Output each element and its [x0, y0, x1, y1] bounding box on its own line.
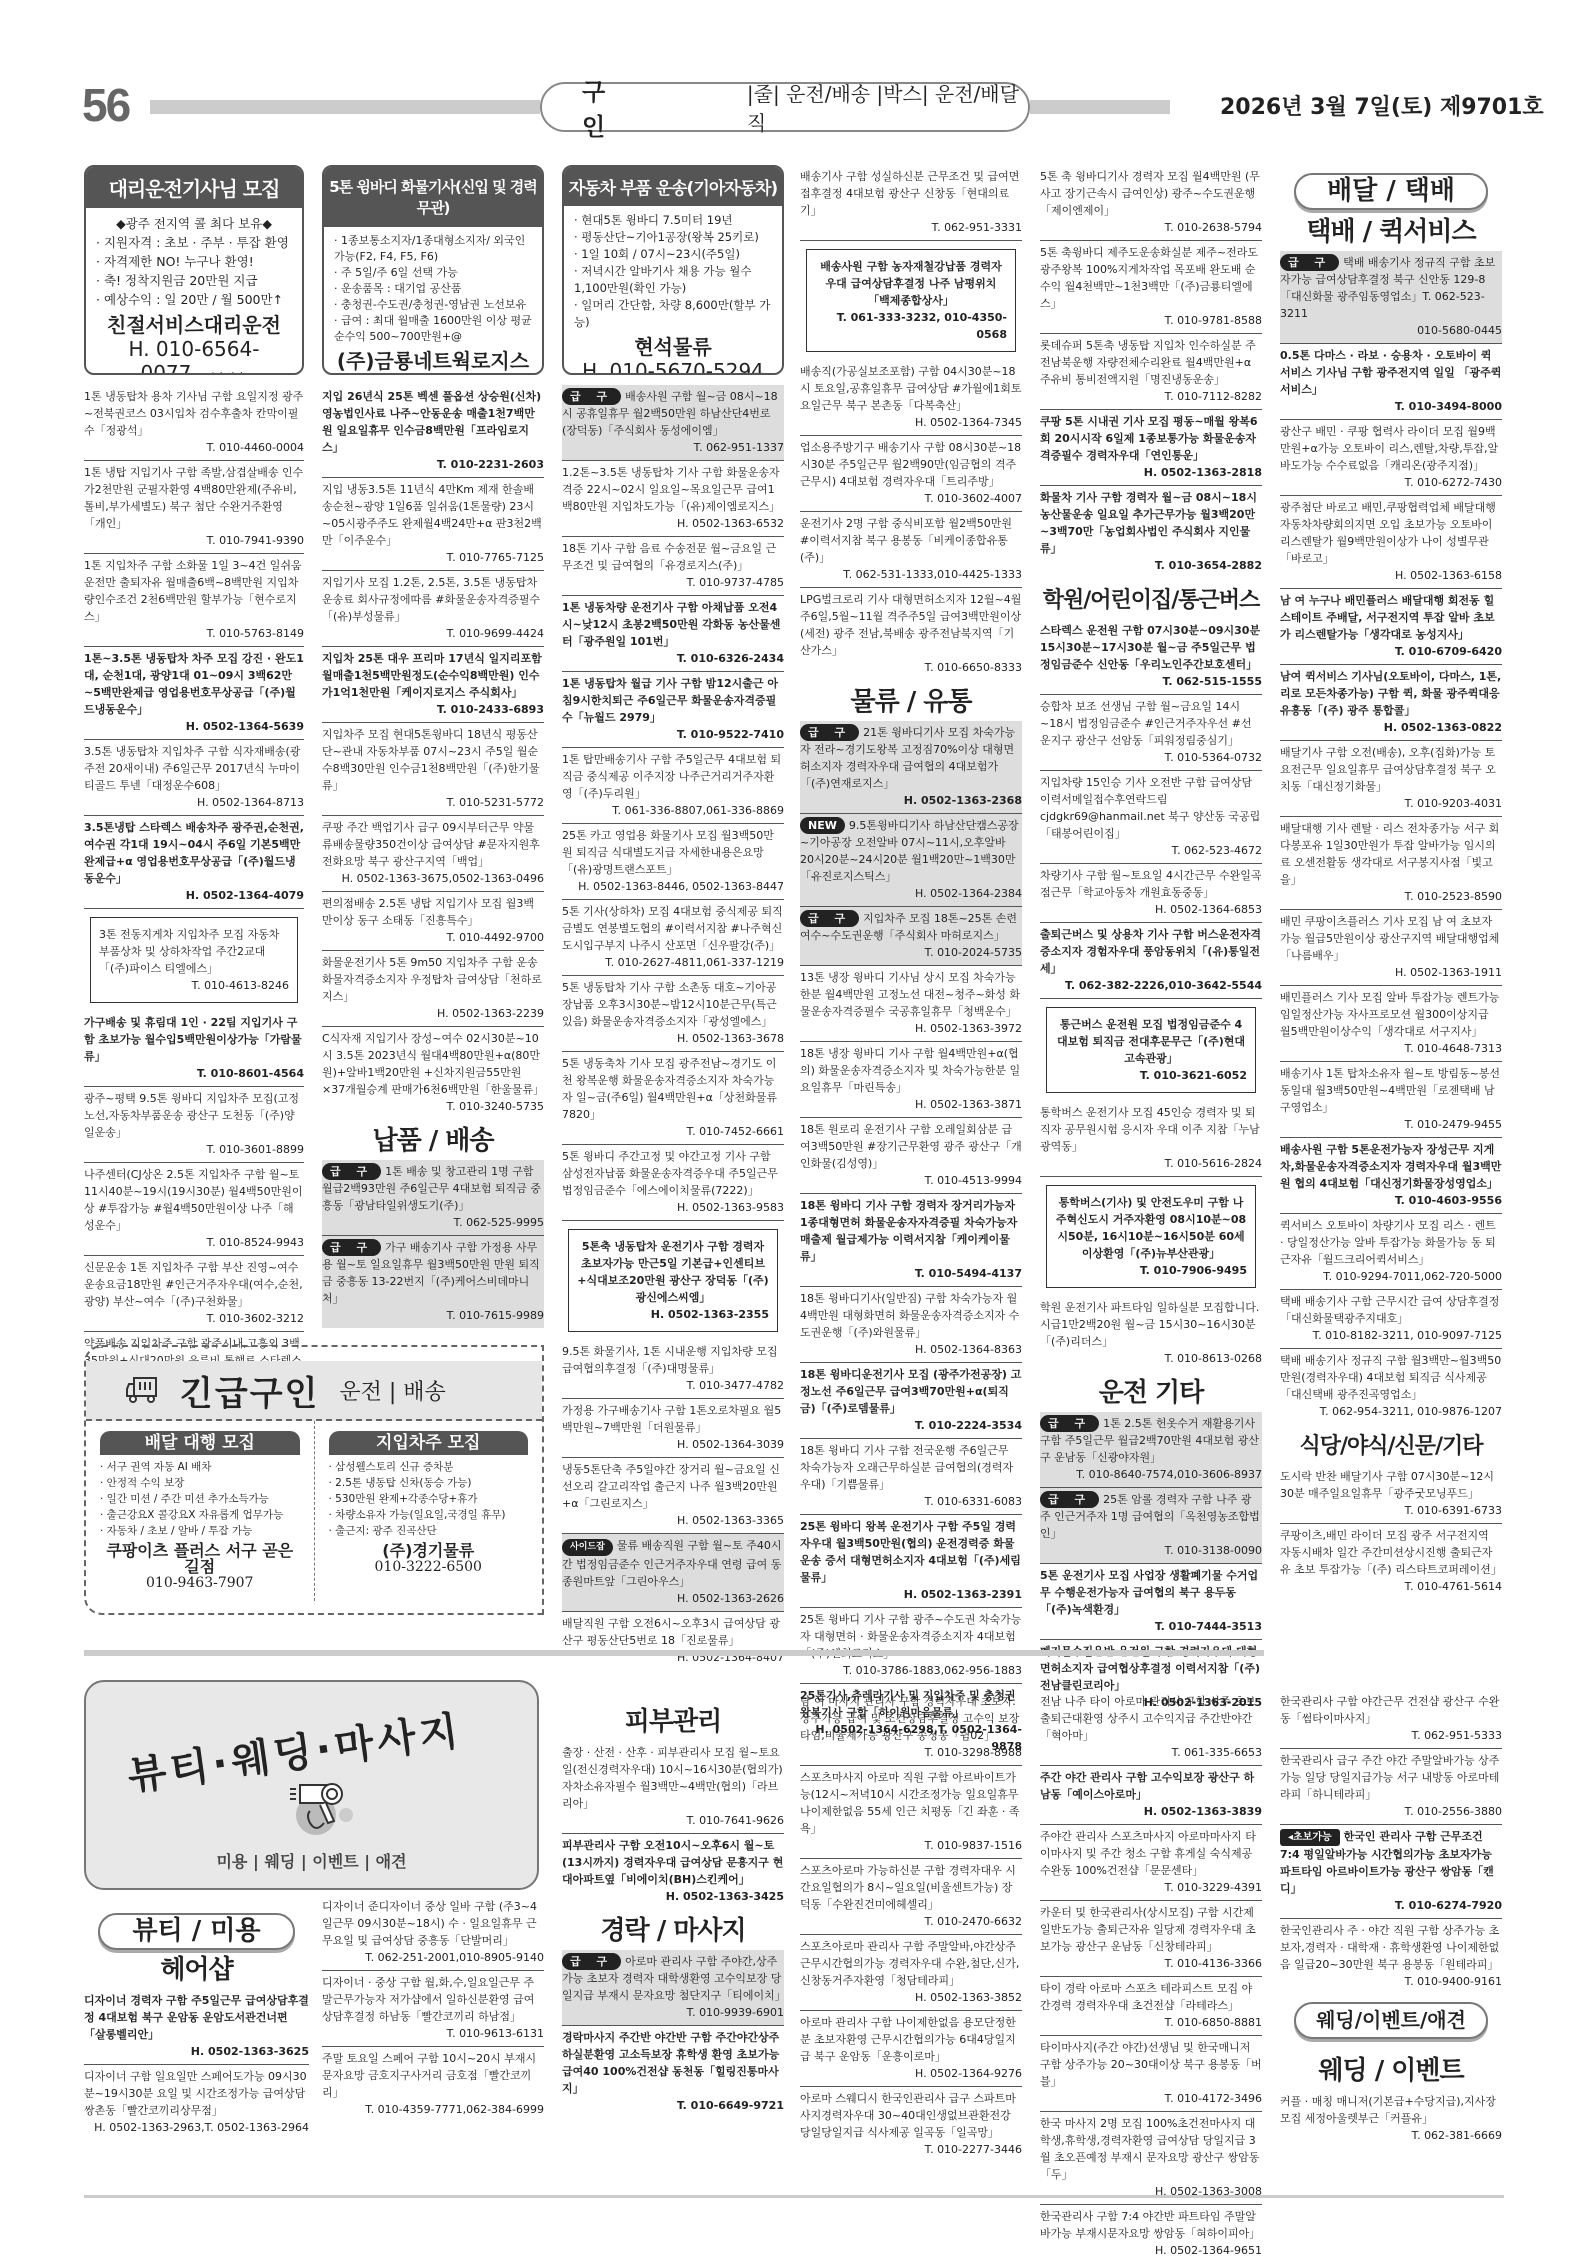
section-heading: 운전 기타 [1040, 1371, 1262, 1412]
ad-line: · 1일 10회 / 07시~23시(주5일) [574, 246, 772, 263]
classified-ad: 피부관리사 구함 오전10시~오후6시 월~토(13시까지) 경력자우대 급여상… [562, 1834, 784, 1909]
massage-column-3: 한국관리사 구함 야간근무 건전샵 광산구 수완동「썸타이마사지」T. 062-… [1280, 1690, 1502, 2148]
ad-title: 5톤 윙바디 화물기사(신입 및 경력 무관) [324, 167, 542, 227]
classified-ad: 디자이너 경력자 구함 주5일근무 급여상담후결정 4대보험 북구 운암동 운암… [84, 1989, 309, 2065]
column-1: 1톤 냉동탑차 용차 기사님 구함 요일지정 광주~전북권코스 03시입차 검수… [84, 385, 304, 1407]
classified-ad: 주야간 관리사 스포츠마사지 아로마마사지 타이마사지 및 주간 청소 구함 휴… [1040, 1825, 1262, 1901]
classified-ad: 남여 퀵서비스 기사님(오토바이, 다마스, 1톤, 리로 모든차종가능) 구함… [1280, 665, 1502, 741]
classified-ad: 도시락 반찬 배달기사 구함 07시30분~12시30분 매주일요일휴무「광주굿… [1280, 1465, 1502, 1524]
classified-ad: 25톤 카고 영업용 화물기사 모집 월3백50만원 퇴직금 식대별도지급 자세… [562, 824, 784, 900]
classified-ad: 1.2톤~3.5톤 냉동탑차 기사 구함 화물운송자격증 22시~02시 일요일… [562, 461, 784, 537]
classified-ad: 배민플러스 기사 모집 알바 투잡가능 렌트가능 임일정산가능 자사프로모션 월… [1280, 986, 1502, 1062]
classified-ad: 18톤 냉장 윙바디 기사 구함 월4백만원+α(협의) 화물운송자격증소지자 … [800, 1042, 1022, 1118]
classified-ad: 1톤 냉탑 지입기사 구함 족발,삼겹살배송 인수가2천만원 군필자환영 4백8… [84, 461, 304, 554]
urgent-ad: 급 구가구 배송기사 구함 가정용 사무용 월~토 일요일휴무 월3백50만원 … [322, 1236, 544, 1328]
ad-phone: H. 010-6564-0077 [129, 337, 260, 375]
classified-ad: 쿠팡 주간 백업기사 급구 09시부터근무 약물류배송물량350건이상 급여상담… [322, 816, 544, 892]
classified-ad: 1톤 냉동탑차 용차 기사님 구함 요일지정 광주~전북권코스 03시입차 검수… [84, 385, 304, 461]
classified-ad: 1톤 탑만배송기사 구함 주5일근무 4대보험 퇴직금 중식제공 이주지장 나주… [562, 748, 784, 824]
urgent-title: 긴급구인 [180, 1366, 319, 1415]
classified-ad: 차량기사 구함 월~토요일 4시간근무 수완일곡 점근무「학교아동차 개원효동중… [1040, 864, 1262, 923]
column-2: 지입 26년식 25톤 벡센 풀옵션 상승원(신차) 영농법인사료 나주~안동운… [322, 385, 544, 1328]
classified-ad: 타이 경락 아로마 스포츠 테라피스트 모집 야간경력 경력자우대 초건전샵「라… [1040, 1977, 1262, 2036]
section-divider [84, 1650, 1264, 1656]
urgent-left-phone: 010-9463-7907 [100, 1575, 300, 1591]
classified-ad: 25톤 윙바디 왕복 운전기사 구함 주5일 경력자우대 월3백50만원(협의)… [800, 1515, 1022, 1608]
header-rule-left [150, 100, 540, 114]
classified-ad: 18톤 윙바디 기사 구함 경력자 장거리가능자 1종대형면허 화물운송자자격증… [800, 1194, 1022, 1287]
classified-ad: 광산구 배민 · 쿠팡 협력사 라이더 모집 월9백만원+α가능 오토바이 리스… [1280, 420, 1502, 496]
section-subtitle: |줄| 운전/배송 |박스| 운전/배달직 [747, 78, 1028, 136]
ad-line: · 자격제한 NO! 누구나 환영! [96, 252, 292, 271]
display-ad-parts: 자동차 부품 운송(기아자동차) · 현대5톤 윙바디 7.5미터 19년 · … [562, 165, 784, 375]
urgent-ad: 급 구21톤 윙바디기사 모집 차숙가능자 전라~경기도왕복 고정짐70%이상 … [800, 721, 1022, 814]
hair-dryer-icon [286, 1777, 356, 1837]
section-heading: 웨딩 / 이벤트 [1280, 2049, 1502, 2090]
beauty-column: 뷰티 / 미용 헤어샵 디자이너 경력자 구함 주5일근무 급여상담후결정 4대… [84, 1905, 309, 2140]
skin-column: 피부관리 출장 · 산전 · 산후 · 피부관리사 모집 월~토요일(전신경력자… [562, 1700, 784, 2118]
urgent-ad: 급 구25톤 암롤 경력자 구함 나주 광주 인근거주자 1명 급여협의「옥천영… [1040, 1488, 1262, 1564]
ad-line: · 주 5일/주 6일 선택 가능 [334, 265, 532, 281]
urgent-ad: 급 구배송사원 구함 월~금 08시~18시 공휴일휴무 월2백50만원 하남산… [562, 385, 784, 461]
column-4: 배송기사 구함 성실하신분 근무조건 및 급여면접후결정 4대보험 광산구 신창… [800, 165, 1022, 1759]
section-heading: 식당/야식/신문/기타 [1280, 1424, 1502, 1465]
classified-ad: 주간 야간 관리사 구함 고수익보장 광산구 하남동「예이스아로마」H. 050… [1040, 1766, 1262, 1825]
classified-ad: 5톤 윙바디 주간고정 및 야간고정 기사 구함 삼성전자납품 화물운송자격증우… [562, 1145, 784, 1221]
classified-ad: 0.5톤 다마스 · 라보 · 승용차 · 오토바이 퀵서비스 기사님 구함 광… [1280, 344, 1502, 420]
section-heading: 피부관리 [562, 1700, 784, 1741]
classified-ad: 광주~평택 9.5톤 윙바디 지입차주 모집(고정노선,자동차부품운송 광산구 … [84, 1087, 304, 1163]
urgent-ad: 급 구택배 배송기사 정규직 구함 초보자가능 급여상담후결정 북구 신안동 1… [1280, 251, 1502, 344]
ad-phone-note: (24시간 상담) [191, 373, 247, 375]
classified-ad: 1톤 지입차주 구함 소화물 1일 3~4건 일쉬움 운전만 출퇴자유 월매출6… [84, 554, 304, 647]
classified-ad: 학원 운전기사 파트타임 일하실분 모집합니다. 시급1만2백20원 월~금 1… [1040, 1296, 1262, 1371]
ad-company: 친절서비스대리운전 [96, 313, 292, 337]
classified-ad: 배달기사 구함 오전(배송), 오후(집화)가능 토요전근무 일요일휴무 급여상… [1280, 741, 1502, 817]
section-label: 구 인 |줄| 운전/배송 |박스| 운전/배달직 [540, 82, 1030, 132]
category-pill: 웨딩/이벤트/애견 [1294, 2002, 1488, 2039]
classified-ad: 배송직(가공실보조포함) 구함 04시30분~18시 토요일,공휴일휴무 급여상… [800, 360, 1022, 436]
ad-title: 대리운전기사님 모집 [86, 167, 302, 208]
classified-ad: LPG벌크로리 기사 대형면허소지자 12월~4월 주6일,5월~11월 격주주… [800, 588, 1022, 680]
section-title: 구 인 [582, 72, 687, 142]
classified-ad: 롯데슈퍼 5톤축 냉동탑 지입차 인수하실분 주 전남북운행 자량전체수리완료 … [1040, 334, 1262, 410]
urgent-subtitle: 운전 | 배송 [339, 1375, 445, 1406]
display-ad-truck: 5톤 윙바디 화물기사(신입 및 경력 무관) · 1종보통소지자/1종대형소지… [322, 165, 544, 375]
classified-ad: ◂초보가능한국인 관리사 구함 근무조건 7:4 평일알바가능 시간협의가능 초… [1280, 1825, 1502, 1919]
section-heading: 납품 / 배송 [322, 1119, 544, 1160]
ad-phone: H. 010-6774-7300 [334, 373, 532, 375]
section-heading: 헤어샵 [84, 1960, 309, 1989]
column-5: 5톤 축 윙바디기사 경력자 모집 월4백만원 (무사고 장기근속시 급여인상)… [1040, 165, 1262, 1715]
urgent-badge: 급 구 [322, 1239, 381, 1256]
ad-line: · 저녁시간 알바기사 채용 가능 월수 1,100만원(확인 가능) [574, 263, 772, 297]
classified-ad: 타이마사지(주간 야간)선생님 및 한국매니저 구함 상주가능 20~30대이상… [1040, 2036, 1262, 2112]
beauty-banner-subtitle: 미용 | 웨딩 | 이벤트 | 애견 [86, 1849, 537, 1872]
ad-line: · 예상수익 : 일 20만 / 월 500만↑ [96, 290, 292, 309]
ad-line: · 운송품목 : 대기업 공산품 [334, 281, 532, 297]
classified-ad: 배송사원 구함 5톤운전가능자 장성근무 지게차,화물운송자격증소지자 경력자우… [1280, 1138, 1502, 1214]
classified-ad: 1톤 냉동탑차 월급 기사 구함 밤12시출근 아침9시한치퇴근 주6일근무 화… [562, 672, 784, 748]
classified-ad: 주말 토요일 스페어 구함 10시~20시 부재시문자요망 금호지구사거리 금호… [322, 2047, 544, 2122]
urgent-ad: 급 구지입차주 모집 18톤~25톤 손련 여수~수도권운행「주식회사 마허로지… [800, 907, 1022, 966]
classified-ad: 5톤 축 윙바디기사 경력자 모집 월4백만원 (무사고 장기근속시 급여인상)… [1040, 165, 1262, 241]
classified-ad: 스타렉스 운전원 구함 07시30분~09시30분 15시30분~17시30분 … [1040, 619, 1262, 695]
classified-ad: 5톤 축윙바디 제주도운송화실분 제주~전라도 광주왕복 100%지게차작업 목… [1040, 241, 1262, 334]
classified-ad: 5톤 냉동탑차 기사 구함 소촌동 대호~기아공장납품 오후3시30분~밤12시… [562, 976, 784, 1052]
ad-line: · 1종보통소지자/1종대형소지자/ 외국인가능(F2, F4, F5, F6) [334, 233, 532, 265]
classified-ad: 화물차 기사 구함 경력자 월~금 08시~18시 농산물운송 일요일 추가근무… [1040, 486, 1262, 578]
dateline: 2026년 3월 7일(토) 제9701호 [1220, 90, 1544, 121]
classified-ad: 지입기사 모집 1.2톤, 2.5톤, 3.5톤 냉동탑차 운송료 회사규정에따… [322, 571, 544, 647]
classified-ad: 지입차주 모집 현대5톤윙바디 18년식 평동산단~관내 자동차부품 07시~2… [322, 723, 544, 816]
beginner-ok-badge: ◂초보가능 [1280, 1829, 1340, 1846]
header-rule-right [1030, 100, 1170, 114]
classified-ad: 배송기사 1톤 탑차소유자 월~토 방림동~봉선동일대 월3백50만원~4백만원… [1280, 1062, 1502, 1138]
classified-ad: 3.5톤냉탑 스타렉스 배송차주 광주권,순천권, 여수권 각1대 19시~04… [84, 816, 304, 909]
classified-ad: 1톤 냉동차량 운전기사 구함 아채납품 오전4시~낮12시 초봉2백50만원 … [562, 596, 784, 672]
urgent-hiring-box: 긴급구인 운전 | 배송 배달 대행 모집 · 서구 권역 자동 AI 배차 ·… [84, 1345, 544, 1615]
ad-line: · 급여 : 최대 월매출 1600만원 이상 평균 순수익 500~700만원… [334, 313, 532, 345]
classified-ad: 출장 · 산전 · 산후 · 피부관리사 모집 월~토요일(전신경력자우대) 1… [562, 1741, 784, 1834]
urgent-badge: 급 구 [322, 1163, 381, 1180]
urgent-right-heading: 지입차주 모집 [329, 1431, 529, 1455]
classified-ad: 18톤 윙바디운전기사 모집 (광주가전공장) 고정노선 주6일근무 급여3백7… [800, 1363, 1022, 1439]
ad-line: · 평동산단~기아1공장(왕복 25키로) [574, 229, 772, 246]
ad-line: · 축! 정착지원금 20만원 지급 [96, 271, 292, 290]
urgent-right-phone: 010-3222-6500 [329, 1559, 529, 1575]
urgent-ad: 급 구아로마 관리사 구함 주야간,상주가능 초보자 경력자 대학생환영 고수익… [562, 1950, 784, 2026]
classified-ad: 한국관리사 급구 주간 야간 주말알바가능 상주가능 일당 당일지급가능 서구 … [1280, 1749, 1502, 1825]
classified-ad: 남 여 마사지 관리사 구함 경력자우대 초보자.상주가능 급여 및 조건상담후… [800, 1690, 1022, 1766]
classified-ad: 디자이너 구함 일요일만 스페어도가능 09시30분~19시30분 요일 및 시… [84, 2065, 309, 2140]
category-pill: 배달 / 택배 [1294, 173, 1488, 210]
classified-ad: 한국관리사 구함 7:4 야간반 파트타임 주말알바가능 부재시문자요망 쌍암동… [1040, 2205, 1262, 2263]
classified-ad: 아로마 스웨디시 한국인관리사 급구 스파트마사지경력자우대 30~40대인생없… [800, 2087, 1022, 2162]
display-ad-driver: 대리운전기사님 모집 ◆광주 전지역 콜 최다 보유◆ · 지원자격 : 초보 … [84, 165, 304, 375]
boxed-ad: 통학버스(기사) 및 안전도우미 구함 나주혁신도시 거주자환영 08시10분~… [1046, 1185, 1256, 1288]
ad-title: 자동차 부품 운송(기아자동차) [564, 167, 782, 206]
classified-ad: 지입 냉동3.5톤 11년식 4만Km 제재 한솔배송순천~광양 1일6품 일쉬… [322, 478, 544, 571]
massage-column: 남 여 마사지 관리사 구함 경력자우대 초보자.상주가능 급여 및 조건상담후… [800, 1690, 1022, 2162]
classified-ad: 냉동5톤단축 주5일야간 장거리 월~금요일 신선오리 갈고리작업 출근지 나주… [562, 1458, 784, 1534]
classified-ad: 통학버스 운전기사 모집 45인승 경력자 및 퇴직자 공무원시험 응시자 우대… [1040, 1101, 1262, 1177]
urgent-ad: 급 구1톤 배송 및 창고관리 1명 구함 월급2백93만원 주6일근무 4대보… [322, 1160, 544, 1236]
classified-ad: 18톤 기사 구함 음료 수송전문 월~금요일 근무조건 및 급여협의「유경로지… [562, 537, 784, 596]
classified-ad: 배민 쿠팡이츠플러스 기사 모집 남 여 초보자가능 월급5만원이상 광산구지역… [1280, 910, 1502, 986]
classified-ad: 13톤 냉장 윙바디 기사님 상시 모집 차숙가능한분 월4백만원 고정노선 대… [800, 966, 1022, 1042]
classified-ad: 한국관리사 구함 야간근무 건전샵 광산구 수완동「썸타이마사지」T. 062-… [1280, 1690, 1502, 1749]
side-job-ad: 사이드잡물류 배송직원 구함 월~토 주40시간 법정임금준수 인근거주자우대 … [562, 1534, 784, 1612]
classified-ad: 퀵서비스 오토바이 차량기사 모집 리스 · 렌트 · 당일정산가능 알바 투잡… [1280, 1214, 1502, 1290]
classified-ad: 5톤 기사(상하차) 모집 4대보험 중식제공 퇴직금별도 연봉별도협의 #이력… [562, 900, 784, 976]
classified-ad: 업소용주방기구 배송기사 구함 08시30분~18시30분 주5일근무 월2백9… [800, 436, 1022, 512]
classified-ad: 출퇴근버스 및 상용차 기사 구함 버스운전자격증소지자 경험자우대 풍암동위치… [1040, 923, 1262, 999]
ad-company: (주)금룡네트웍로지스 [334, 349, 532, 373]
classified-ad: 9.5톤 화물기사, 1톤 시내운행 지입차량 모집 급여협의후결정「(주)대명… [562, 1340, 784, 1399]
classified-ad: 스포츠마사지 아로마 직원 구함 아르바이트가능(12시~저녁10시 시간조정가… [800, 1766, 1022, 1859]
classified-ad: 한국인관리사 주 · 야간 직원 구함 상주가능 초보자,경력자 · 대학재 ·… [1280, 1919, 1502, 1994]
urgent-right-company: (주)경기물류 [329, 1543, 529, 1559]
urgent-left: 배달 대행 모집 · 서구 권역 자동 AI 배차 · 안정적 수익 보장 · … [86, 1421, 314, 1601]
ad-line: ◆광주 전지역 콜 최다 보유◆ [96, 214, 292, 233]
classified-ad: 25톤 윙바디 기사 구함 광주~수도권 차숙가능자 대형면허 · 화물운송자격… [800, 1608, 1022, 1684]
classified-ad: 쿠팡이츠,배민 라이더 모집 광주 서구전지역 자동시배차 일간 주간미션상시진… [1280, 1524, 1502, 1599]
classified-ad: 광주첨단 바로고 배민,쿠팡협력업체 배달대행 자동차차량회의지면 오입 초보가… [1280, 496, 1502, 589]
classified-ad: 커플 · 매칭 매니저(기본급+수당지급),지사장 모집 세정아울렛부근「커플유… [1280, 2090, 1502, 2148]
classified-ad: 아로마 관리사 구함 나이제한없음 용모단정한분 초보자환영 근무시간협의가능 … [800, 2011, 1022, 2087]
classified-ad: 가구배송 및 휴림대 1인 · 22팀 지입기사 구함 초보가능 월수입5백만원… [84, 1011, 304, 1087]
classified-ad: 스포츠아로마 관리사 구함 주말알바,야간상주 근무시간협의가능 경력자우대 수… [800, 1935, 1022, 2011]
urgent-left-heading: 배달 대행 모집 [100, 1431, 300, 1455]
classified-ad: 나주센터(CJ상온 2.5톤 지입차주 구함 월~토 11시40분~19시(19… [84, 1163, 304, 1256]
classified-ad: 쿠팡 5톤 시내권 기사 모집 평동~매월 왕복6회 20시시작 6일제 1종보… [1040, 410, 1262, 486]
boxed-ad: 통근버스 운전원 모집 법정임금준수 4대보험 퇴직금 전대후문무근「(주)현대… [1046, 1007, 1256, 1093]
classified-ad: 전남 나주 타이 아로마 관리사 구함 상주 초보 출퇴근대환영 상주시 고수익… [1040, 1690, 1262, 1766]
classified-ad: 5톤 냉동축차 기사 모집 광주전남~경기도 이천 왕복운행 화물운송자격증소지… [562, 1052, 784, 1145]
ad-line: · 일머리 간단함, 차량 8,600만(할부 가능) [574, 297, 772, 331]
urgent-ad: 급 구1톤 2.5톤 헌옷수거 재활용기사 구함 주5일근무 월급2백70만원 … [1040, 1412, 1262, 1488]
classified-ad: 18톤 윙바디 기사 구함 전국운행 주6일근무 차숙가능자 오래근무하실분 급… [800, 1439, 1022, 1515]
classified-ad: 배송기사 구함 성실하신분 근무조건 및 급여면접후결정 4대보험 광산구 신창… [800, 165, 1022, 241]
classified-ad: 스포츠아로마 가능하신분 구함 경력자대우 시간요일협의가 8시~일요일(비울센… [800, 1859, 1022, 1935]
section-heading: 학원/어린이집/통근버스 [1040, 578, 1262, 619]
ad-phone: H. 010-5670-5294 [574, 359, 772, 375]
ad-line: · 충청권-수도권/충청권-영남권 노선보유 [334, 297, 532, 313]
classified-ad: 배달대행 기사 렌탈 · 리스 전차종가능 서구 회다봉포유 1일30만원가 투… [1280, 817, 1502, 910]
classified-ad: 지입 26년식 25톤 벡센 풀옵션 상승원(신차) 영농법인사료 나주~안동운… [322, 385, 544, 478]
boxed-ad: 배송사원 구함 농자재철강납품 경력자우대 급여상담후결정 나주 남평위치「백제… [806, 249, 1016, 352]
classified-ad: C식자재 지입기사 장성~여수 02시30분~10시 3.5톤 2023년식 월… [322, 1027, 544, 1119]
ad-line: · 지원자격 : 초보 · 주부 · 투잡 환영 [96, 233, 292, 252]
classified-ad: 18톤 원로리 운전기사 구함 오레일회삼분 급여3백50만원 #장기근무환영 … [800, 1118, 1022, 1194]
classified-ad: 한국 마사지 2명 모집 100%초건전마사지 대학생,휴학생,경력자환영 급여… [1040, 2112, 1262, 2205]
section-heading: 물류 / 유통 [800, 680, 1022, 721]
classified-ad: 지입차량 15인승 기사 오전반 구함 급여상담 이력서메일접수후연락드림 cj… [1040, 771, 1262, 864]
beauty-column-2: 디자이너 준디자이너 중상 일바 구함 (주3~4일근무 09시30분~18시)… [322, 1895, 544, 2122]
classified-ad: 5톤 운전기사 모집 사업장 생활폐기물 수거업무 수행운전가능자 급여협의 북… [1040, 1564, 1262, 1640]
classified-ad: 경락마사지 주간반 야간반 구함 주간야간상주하실분환영 고소득보장 휴학생 환… [562, 2026, 784, 2118]
classified-ad: 편의점배송 2.5톤 냉탑 지입기사 모집 월3백만이상 동구 소태동「진흥특수… [322, 892, 544, 951]
column-3: 급 구배송사원 구함 월~금 08시~18시 공휴일휴무 월2백50만원 하남산… [562, 385, 784, 1670]
footer-divider [84, 2195, 1504, 2198]
urgent-left-company: 쿠팡이츠 플러스 서구 곧은길점 [100, 1543, 300, 1575]
delivery-truck-icon [126, 1376, 160, 1404]
classified-ad: 운전기사 2명 구함 중식비포함 월2백50만원 #이력서지참 북구 용봉동「비… [800, 512, 1022, 588]
section-heading: 택배 / 퀵서비스 [1280, 220, 1502, 251]
classified-ad: 택배 배송기사 구함 근무시간 급여 상담후결정「대신화물택광주지대호」T. 0… [1280, 1290, 1502, 1349]
classified-ad: 가정용 가구배송기사 구함 1톤오로차필요 월5백만원~7백만원「더원물류」H.… [562, 1399, 784, 1458]
classified-ad: 남 여 누구나 배민플러스 배달대행 회전동 힐스테이트 주배달, 서구전지역 … [1280, 589, 1502, 665]
classified-ad: 디자이너 준디자이너 중상 일바 구함 (주3~4일근무 09시30분~18시)… [322, 1895, 544, 1971]
classified-ad: 카운터 및 한국관리사(상시모집) 구함 시간제일반도가능 출퇴근자유 일당제 … [1040, 1901, 1262, 1977]
new-ad: NEW9.5톤윙바디기사 하남산단캠스공장~기아공장 오전알바 07시~11시,… [800, 814, 1022, 907]
classified-ad: 지입차 25톤 대우 프리마 17년식 일지리포함 월매출1천5백만원정도(순수… [322, 647, 544, 723]
urgent-right: 지입차주 모집 · 삼성웰스토리 신규 증차분 · 2.5톤 냉동탑 신차(동승… [314, 1421, 543, 1601]
massage-column-2: 전남 나주 타이 아로마 관리사 구함 상주 초보 출퇴근대환영 상주시 고수익… [1040, 1690, 1262, 2263]
classified-ad: 18톤 윙바디기사(일반짐) 구함 차숙가능자 월4백만원 대형화면허 화물운송… [800, 1287, 1022, 1363]
classified-ad: 디자이너 · 중상 구함 월,화,수,일요일근무 주말근무가능자 저가샵에서 일… [322, 1971, 544, 2047]
beauty-banner: 뷰티·웨딩·마사지 미용 | 웨딩 | 이벤트 | 애견 [84, 1680, 539, 1890]
classified-ad: 3.5톤 냉동탑차 지입차주 구함 식자재배송(광주전 20새이내) 주6일근무… [84, 740, 304, 816]
page-number: 56 [82, 78, 129, 132]
ad-line: · 현대5톤 윙바디 7.5미터 19년 [574, 212, 772, 229]
category-pill: 뷰티 / 미용 [98, 1913, 295, 1950]
classified-ad: 신문운송 1톤 지입차주 구함 부산 진영~여수 운송요금18만원 #인근거주자… [84, 1256, 304, 1332]
classified-ad: 화물운전기사 5톤 9m50 지입차주 구함 운송화물자격증소지자 우정탑차 급… [322, 951, 544, 1027]
classified-ad: 1톤~3.5톤 냉동탑차 차주 모집 강진 · 완도1대, 순천1대, 광양1대… [84, 647, 304, 740]
column-6: 배달 / 택배 택배 / 퀵서비스 급 구택배 배송기사 정규직 구함 초보자가… [1280, 165, 1502, 1599]
classified-ad: 택배 배송기사 정규직 구함 월3백만~월3백50만원(경력자우대) 4대보험 … [1280, 1349, 1502, 1424]
boxed-ad: 5톤축 냉동탑차 운전기사 구함 경력자 초보자가능 만근5일 기본급+인센티브… [568, 1229, 778, 1332]
boxed-ad: 3톤 전동지게차 지입차주 모집 자동차 부품상차 및 상하차작업 주간2교대「… [90, 917, 298, 1003]
ad-company: 현석물류 [574, 335, 772, 359]
classified-ad: 배달직원 구함 오전6시~오후3시 급여상담 광산구 평동산단5번로 18「진로… [562, 1612, 784, 1670]
classified-ad: 승합차 보조 선생님 구함 월~금요일 14시~18시 법정임금준수 #인근거주… [1040, 695, 1262, 771]
section-heading: 경락 / 마사지 [562, 1909, 784, 1950]
